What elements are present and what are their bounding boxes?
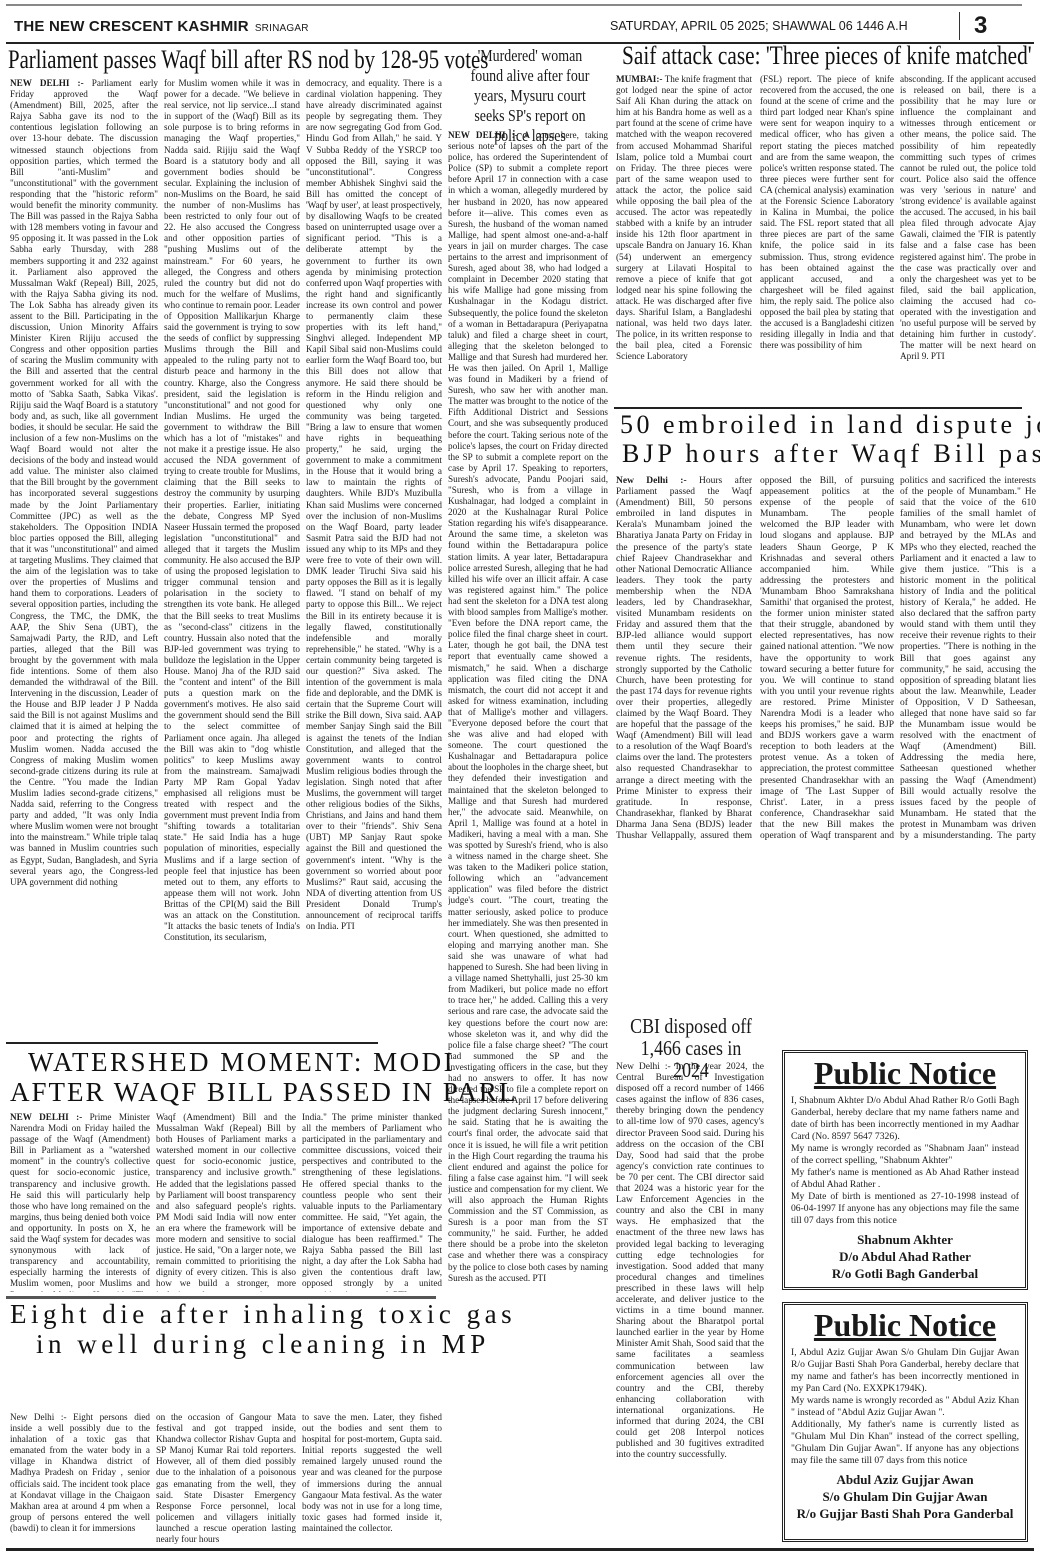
public-notice-1: Public Notice I, Shabnum Akhter D/o Abdu…: [782, 1050, 1028, 1290]
article-text: democracy, and equality. There is a card…: [306, 78, 442, 932]
headline-cbi-line1: CBI disposed off: [629, 1015, 753, 1037]
notice-body: I, Abdul Aziz Gujjar Awan S/o Ghulam Din…: [791, 1347, 1019, 1467]
article-watershed-col2: Waqf (Amendment) Bill and the Mussalman …: [156, 1112, 296, 1292]
dateline: MUMBAI:-: [616, 74, 662, 84]
article-waqf-col1: NEW DELHI :- Parliament early Friday app…: [10, 78, 158, 1040]
dateline: NEW DELHI :-: [10, 78, 84, 88]
notice-paragraph: Additionally, My father's name is curren…: [791, 1419, 1019, 1467]
notice-paragraph: I, Abdul Aziz Gujjar Awan S/o Ghulam Din…: [791, 1347, 1019, 1395]
article-munambam-col3: politics and sacrificed the interests of…: [900, 476, 1036, 841]
rule-under-saif: [614, 407, 1022, 409]
article-text: for Muslim women while it was in power f…: [164, 78, 300, 943]
article-text: India." The prime minister thanked all t…: [302, 1112, 442, 1292]
article-text: (FSL) report. The piece of knife recover…: [760, 74, 894, 351]
paper-name: THE NEW CRESCENT KASHMIR: [14, 18, 249, 35]
dateline: New Delhi :-: [616, 1062, 671, 1072]
masthead-city: SRINAGAR: [255, 23, 309, 34]
article-text: on the occasion of Gangour Mata festival…: [156, 1412, 296, 1544]
newspaper-page: THE NEW CRESCENT KASHMIRSRINAGAR SATURDA…: [0, 0, 1040, 1554]
article-text: Parliament early Friday approved the Waq…: [10, 78, 158, 887]
article-text: A court here, taking serious note of lap…: [448, 130, 608, 1283]
top-rule: [6, 4, 1022, 6]
page-number: 3: [974, 12, 987, 40]
rule-under-waqf: [6, 1042, 378, 1044]
dateline: New Delhi :-: [616, 476, 687, 486]
headline-toxic-line2: in well during cleaning in MP: [36, 1330, 490, 1358]
notice-paragraph: My name is wrongly recorded as "Shabnam …: [791, 1143, 1019, 1167]
headline-saif-attack: Saif attack case: 'Three pieces of knife…: [622, 42, 1032, 69]
article-text: The knife fragment that got lodged near …: [616, 74, 752, 361]
dateline: NEW DELHI :-: [448, 130, 518, 140]
article-text: Hours after Parliament passed the Waqf (…: [616, 476, 752, 841]
article-text: absconding. If the applicant accused is …: [900, 74, 1036, 362]
article-text: opposed the Bill, of pursuing appeasemen…: [760, 476, 894, 841]
notice-paragraph: My Date of birth is mentioned as 27-10-1…: [791, 1191, 1019, 1227]
article-munambam-col1: New Delhi :- Hours after Parliament pass…: [616, 476, 752, 841]
headline-waqf-parliament: Parliament passes Waqf bill after RS nod…: [8, 46, 488, 73]
article-cbi-body: New Delhi :- In the year 2024, the Centr…: [616, 1062, 764, 1548]
article-waqf-col2: for Muslim women while it was in power f…: [164, 78, 300, 1040]
headline-watershed-line2: AFTER WAQF BILL PASSED IN PARL: [10, 1078, 517, 1106]
headline-watershed-line1: WATERSHED MOMENT: MODI: [28, 1048, 455, 1076]
article-text: In the year 2024, the Central Bureau of …: [616, 1062, 764, 1460]
article-text: Eight persons died inside a well possibl…: [10, 1412, 150, 1533]
notice-paragraph: My father's name is mentioned as Ab Ahad…: [791, 1167, 1019, 1191]
article-text: Prime Minister Narendra Modi on Friday h…: [10, 1112, 150, 1292]
signature-parentage: S/o Ghulam Din Gujjar Awan: [791, 1488, 1019, 1505]
public-notice-2: Public Notice I, Abdul Aziz Gujjar Awan …: [782, 1302, 1028, 1542]
masthead-date: SATURDAY, APRIL 05 2025; SHAWWAL 06 1446…: [610, 19, 908, 33]
article-munambam-col2: opposed the Bill, of pursuing appeasemen…: [760, 476, 894, 841]
notice-title: Public Notice: [791, 1309, 1019, 1343]
bottom-rule: [6, 1548, 1034, 1551]
notice-paragraph: My wards name is wrongly recorded as " A…: [791, 1395, 1019, 1419]
notice-body: I, Shabnum Akhter D/o Abdul Ahad Rather …: [791, 1095, 1019, 1227]
masthead-title: THE NEW CRESCENT KASHMIRSRINAGAR: [14, 18, 309, 35]
dateline: NEW DELHI :-: [10, 1112, 82, 1122]
masthead-separator: [959, 12, 960, 40]
article-toxic-col1: New Delhi :- Eight persons died inside a…: [10, 1412, 150, 1544]
article-text: Waqf (Amendment) Bill and the Mussalman …: [156, 1112, 296, 1292]
article-saif-col2: (FSL) report. The piece of knife recover…: [760, 74, 894, 404]
headline-munambam-line2: BJP hours after Waqf Bill passed: [622, 440, 1040, 467]
signature-name: Abdul Aziz Gujjar Awan: [791, 1471, 1019, 1488]
article-saif-col1: MUMBAI:- The knife fragment that got lod…: [616, 74, 752, 404]
article-watershed-col1: NEW DELHI :- Prime Minister Narendra Mod…: [10, 1112, 150, 1292]
signature-name: Shabnum Akhter: [791, 1231, 1019, 1248]
signature-address: R/o Gujjar Basti Shah Pora Ganderbal: [791, 1505, 1019, 1522]
dateline: New Delhi :-: [10, 1412, 67, 1422]
signature-address: R/o Gotli Bagh Ganderbal: [791, 1265, 1019, 1282]
article-text: politics and sacrificed the interests of…: [900, 476, 1036, 841]
headline-munambam-line1: 50 embroiled in land dispute join: [620, 411, 1040, 438]
article-saif-col3: absconding. If the applicant accused is …: [900, 74, 1036, 404]
article-toxic-col3: to save the men. Later, they fished out …: [302, 1412, 442, 1544]
article-watershed-col3: India." The prime minister thanked all t…: [302, 1112, 442, 1292]
notice-title: Public Notice: [791, 1057, 1019, 1091]
headline-toxic-line1: Eight die after inhaling toxic gas: [10, 1300, 516, 1328]
notice-signature: Shabnum Akhter D/o Abdul Ahad Rather R/o…: [791, 1231, 1019, 1282]
signature-parentage: D/o Abdul Ahad Rather: [791, 1248, 1019, 1265]
notice-paragraph: I, Shabnum Akhter D/o Abdul Ahad Rather …: [791, 1095, 1019, 1143]
article-toxic-col2: on the occasion of Gangour Mata festival…: [156, 1412, 296, 1544]
masthead: THE NEW CRESCENT KASHMIRSRINAGAR SATURDA…: [6, 10, 1036, 40]
notice-signature: Abdul Aziz Gujjar Awan S/o Ghulam Din Gu…: [791, 1471, 1019, 1522]
article-text: to save the men. Later, they fished out …: [302, 1412, 442, 1534]
article-waqf-col3: democracy, and equality. There is a card…: [306, 78, 442, 1040]
